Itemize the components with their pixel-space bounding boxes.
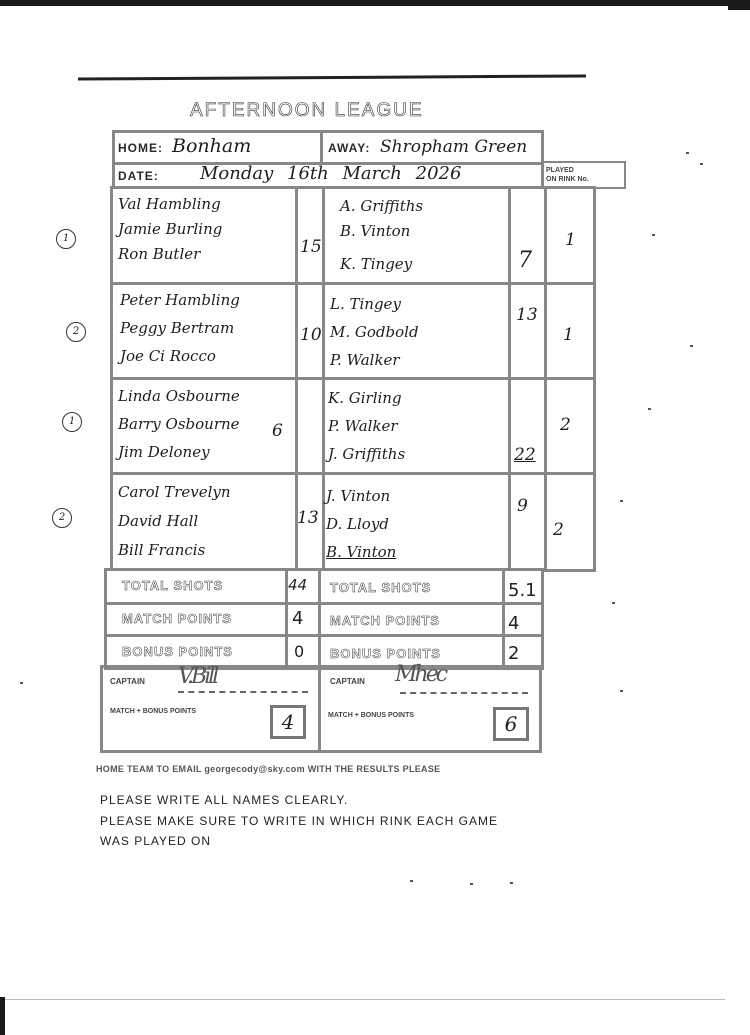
top-rule [78, 74, 586, 80]
player-name: M. Godbold [330, 318, 419, 346]
away-score: 22 [514, 445, 536, 465]
scan-border-bottom [0, 997, 5, 1035]
match-points-label: MATCH POINTS [330, 613, 440, 628]
total-shots-label: TOTAL SHOTS [122, 578, 223, 593]
player-name: K. Tingey [340, 252, 423, 277]
divider [104, 602, 544, 605]
note-line: WAS PLAYED ON [100, 834, 211, 848]
player-name: Peggy Bertram [120, 314, 240, 342]
player-name: Val Hambling [118, 192, 222, 217]
game-number-badge: 1 [56, 229, 76, 249]
away-players: L. Tingey M. Godbold P. Walker [330, 290, 419, 374]
bonus-points-label: BONUS POINTS [122, 644, 233, 659]
player-name: Linda Osbourne [118, 382, 240, 410]
scan-speck [652, 234, 655, 236]
home-match-points: 4 [292, 608, 303, 629]
away-score: 13 [516, 305, 538, 325]
rink-number: 2 [553, 520, 564, 540]
away-match-bonus-label: MATCH + BONUS POINTS [328, 712, 414, 719]
email-instruction: HOME TEAM TO EMAIL georgecody@sky.com WI… [96, 764, 440, 774]
scan-speck [20, 682, 23, 684]
player-name: L. Tingey [330, 290, 419, 318]
away-score: 7 [518, 248, 532, 273]
away-captain-label: CAPTAIN [330, 677, 365, 686]
home-score: 15 [300, 237, 322, 257]
date-label: DATE: [118, 169, 159, 183]
signature-line [178, 691, 308, 693]
scan-speck [510, 882, 513, 884]
divider [502, 568, 505, 668]
game-number-badge: 1 [62, 412, 82, 432]
divider [110, 377, 596, 380]
away-team: Shropham Green [380, 137, 527, 157]
player-name: P. Walker [330, 346, 419, 374]
total-shots-label: TOTAL SHOTS [330, 580, 431, 595]
away-captain-signature: Mhec [395, 662, 445, 687]
signature-line [400, 692, 528, 694]
scan-border-top [0, 0, 750, 6]
player-name: B. Vinton [340, 219, 423, 244]
scan-speck [700, 163, 703, 165]
home-team: Bonham [172, 135, 251, 157]
player-name: David Hall [118, 507, 231, 536]
away-players: K. Girling P. Walker J. Griffiths [328, 384, 405, 468]
page-title: AFTERNOON LEAGUE [190, 100, 424, 122]
game-number-badge: 2 [66, 322, 86, 342]
scan-speck [620, 500, 623, 502]
rink-number: 2 [560, 415, 571, 435]
player-name: D. Lloyd [326, 510, 396, 538]
player-name: Joe Ci Rocco [120, 342, 240, 370]
rink-label-line1: PLAYED [546, 166, 622, 175]
divider [110, 472, 596, 475]
divider [110, 282, 596, 285]
player-name: J. Griffiths [328, 440, 405, 468]
scan-speck [620, 690, 623, 692]
home-bonus-points: 0 [294, 642, 304, 661]
player-name: Barry Osbourne [118, 410, 240, 438]
match-date: Monday 16th March 2026 [200, 163, 461, 184]
scan-edge-line [5, 999, 725, 1000]
player-name: Bill Francis [118, 536, 231, 565]
scan-speck [410, 880, 413, 882]
player-name: A. Griffiths [340, 194, 423, 219]
away-label: AWAY: [328, 141, 370, 155]
home-players: Val Hambling Jamie Burling Ron Butler [118, 192, 222, 267]
player-name: Peter Hambling [120, 286, 240, 314]
rink-number: 1 [565, 230, 576, 250]
scan-speck [612, 602, 615, 604]
home-match-bonus-label: MATCH + BONUS POINTS [110, 708, 196, 715]
rink-label-line2: ON RINK No. [546, 175, 622, 184]
divider [318, 665, 321, 753]
home-score: 13 [297, 508, 319, 528]
away-total-shots: 5.1 [508, 580, 537, 601]
scan-speck [648, 408, 651, 410]
player-name: B. Vinton [326, 538, 396, 566]
player-name: P. Walker [328, 412, 405, 440]
home-score: 10 [300, 325, 322, 345]
home-players: Peter Hambling Peggy Bertram Joe Ci Rocc… [120, 286, 240, 370]
player-name: Jamie Burling [118, 217, 222, 242]
scan-speck [686, 152, 689, 154]
away-bonus-points: 2 [508, 643, 519, 664]
away-match-bonus-points: 6 [493, 707, 529, 741]
match-points-label: MATCH POINTS [122, 611, 232, 626]
player-name: Carol Trevelyn [118, 478, 231, 507]
home-total-shots: 44 [288, 576, 307, 594]
player-name: Jim Deloney [118, 438, 240, 466]
home-label: HOME: [118, 141, 163, 155]
divider [318, 568, 321, 668]
home-score: 6 [272, 421, 283, 441]
divider [104, 634, 544, 637]
home-players: Carol Trevelyn David Hall Bill Francis [118, 478, 231, 565]
scan-speck [690, 345, 693, 347]
divider [320, 130, 323, 165]
away-players: A. Griffiths B. Vinton K. Tingey [340, 194, 423, 277]
away-players: J. Vinton D. Lloyd B. Vinton [326, 482, 396, 566]
scan-speck [470, 883, 473, 885]
home-match-bonus-points: 4 [270, 705, 306, 739]
rink-column-label: PLAYED ON RINK No. [542, 161, 626, 189]
note-line: PLEASE WRITE ALL NAMES CLEARLY. [100, 793, 348, 807]
game-number-badge: 2 [52, 508, 72, 528]
player-name: Ron Butler [118, 242, 222, 267]
player-name: K. Girling [328, 384, 405, 412]
home-captain-signature: V.Bill [178, 664, 216, 689]
home-players: Linda Osbourne Barry Osbourne Jim Delone… [118, 382, 240, 466]
player-name: J. Vinton [326, 482, 396, 510]
bonus-points-label: BONUS POINTS [330, 646, 441, 661]
scan-border-corner [728, 0, 750, 10]
rink-number: 1 [563, 325, 574, 345]
note-line: PLEASE MAKE SURE TO WRITE IN WHICH RINK … [100, 814, 498, 828]
away-match-points: 4 [508, 613, 519, 634]
away-score: 9 [517, 496, 528, 516]
home-captain-label: CAPTAIN [110, 677, 145, 686]
